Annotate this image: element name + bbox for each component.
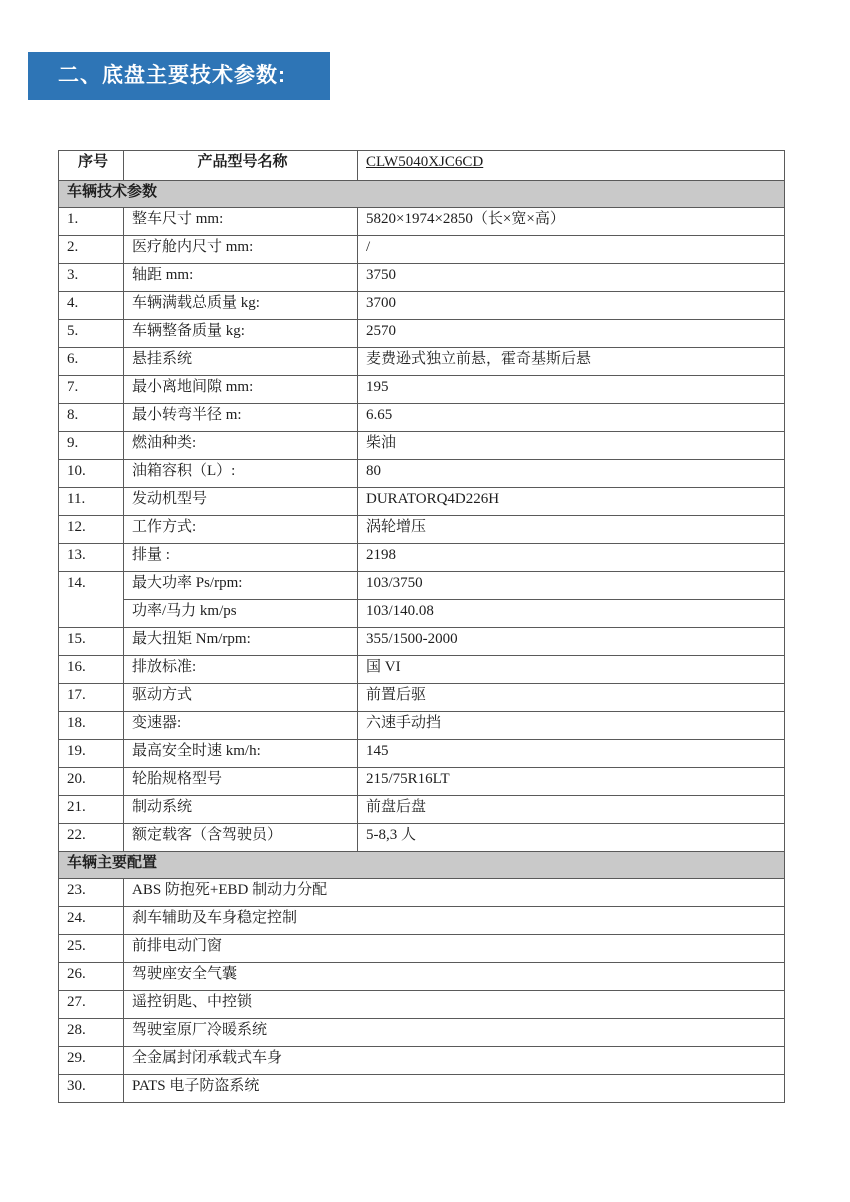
row-number: 16. — [59, 656, 124, 684]
row-number: 22. — [59, 824, 124, 852]
param-value: 6.65 — [358, 404, 785, 432]
param-label: 排量 : — [124, 544, 358, 572]
section-band-label: 车辆主要配置 — [59, 852, 785, 879]
param-value: 5820×1974×2850（长×宽×高） — [358, 208, 785, 236]
config-label: 全金属封闭承载式车身 — [124, 1047, 785, 1075]
row-number: 27. — [59, 991, 124, 1019]
row-number: 11. — [59, 488, 124, 516]
table-row: 19.最高安全时速 km/h:145 — [59, 740, 785, 768]
table-header-row: 序号 产品型号名称 CLW5040XJC6CD — [59, 151, 785, 181]
table-row: 8.最小转弯半径 m:6.65 — [59, 404, 785, 432]
row-number: 4. — [59, 292, 124, 320]
config-label: 刹车辅助及车身稳定控制 — [124, 907, 785, 935]
param-value: 145 — [358, 740, 785, 768]
table-row: 22.额定载客（含驾驶员）5-8,3 人 — [59, 824, 785, 852]
param-label: 发动机型号 — [124, 488, 358, 516]
table-row: 11.发动机型号DURATORQ4D226H — [59, 488, 785, 516]
param-value: 3750 — [358, 264, 785, 292]
config-label: PATS 电子防盗系统 — [124, 1075, 785, 1103]
document-page: { "section_title": "二、底盘主要技术参数:", "color… — [0, 0, 850, 1202]
table-row: 6.悬挂系统麦费逊式独立前悬，霍奇基斯后悬 — [59, 348, 785, 376]
table-row: 9.燃油种类:柴油 — [59, 432, 785, 460]
table-row: 10.油箱容积（L）:80 — [59, 460, 785, 488]
param-value: 355/1500-2000 — [358, 628, 785, 656]
param-value: 5-8,3 人 — [358, 824, 785, 852]
param-label: 驱动方式 — [124, 684, 358, 712]
param-value: / — [358, 236, 785, 264]
row-number: 2. — [59, 236, 124, 264]
param-value: 215/75R16LT — [358, 768, 785, 796]
config-label: ABS 防抱死+EBD 制动力分配 — [124, 879, 785, 907]
table-row: 功率/马力 km/ps103/140.08 — [59, 600, 785, 628]
header-col-no: 序号 — [59, 151, 124, 181]
row-number: 20. — [59, 768, 124, 796]
param-label: 额定载客（含驾驶员） — [124, 824, 358, 852]
param-value: 柴油 — [358, 432, 785, 460]
spec-table-container: 序号 产品型号名称 CLW5040XJC6CD 车辆技术参数1.整车尺寸 mm:… — [58, 150, 784, 1103]
table-row: 17.驱动方式前置后驱 — [59, 684, 785, 712]
param-label: 最小转弯半径 m: — [124, 404, 358, 432]
section-band-row: 车辆技术参数 — [59, 181, 785, 208]
table-row: 5.车辆整备质量 kg:2570 — [59, 320, 785, 348]
row-number: 17. — [59, 684, 124, 712]
row-number: 26. — [59, 963, 124, 991]
param-label: 最大功率 Ps/rpm: — [124, 572, 358, 600]
row-number: 5. — [59, 320, 124, 348]
spec-table: 序号 产品型号名称 CLW5040XJC6CD 车辆技术参数1.整车尺寸 mm:… — [58, 150, 785, 1103]
table-row: 12.工作方式:涡轮增压 — [59, 516, 785, 544]
table-row: 29.全金属封闭承载式车身 — [59, 1047, 785, 1075]
param-label: 功率/马力 km/ps — [124, 600, 358, 628]
param-label: 排放标准: — [124, 656, 358, 684]
param-label: 燃油种类: — [124, 432, 358, 460]
header-col-name: 产品型号名称 — [124, 151, 358, 181]
table-row: 3.轴距 mm:3750 — [59, 264, 785, 292]
param-value: 涡轮增压 — [358, 516, 785, 544]
row-number: 15. — [59, 628, 124, 656]
config-label: 驾驶室原厂冷暖系统 — [124, 1019, 785, 1047]
row-number: 3. — [59, 264, 124, 292]
row-number: 29. — [59, 1047, 124, 1075]
section-band-label: 车辆技术参数 — [59, 181, 785, 208]
table-row: 24.刹车辅助及车身稳定控制 — [59, 907, 785, 935]
param-label: 医疗舱内尺寸 mm: — [124, 236, 358, 264]
param-label: 车辆整备质量 kg: — [124, 320, 358, 348]
section-title-banner: 二、底盘主要技术参数: — [28, 52, 330, 100]
table-row: 15.最大扭矩 Nm/rpm:355/1500-2000 — [59, 628, 785, 656]
table-row: 25.前排电动门窗 — [59, 935, 785, 963]
table-row: 13.排量 :2198 — [59, 544, 785, 572]
row-number: 8. — [59, 404, 124, 432]
param-label: 制动系统 — [124, 796, 358, 824]
param-value: 103/140.08 — [358, 600, 785, 628]
param-value: 国 VI — [358, 656, 785, 684]
param-value: 80 — [358, 460, 785, 488]
row-number: 30. — [59, 1075, 124, 1103]
param-value: 六速手动挡 — [358, 712, 785, 740]
row-number: 18. — [59, 712, 124, 740]
table-row: 2.医疗舱内尺寸 mm:/ — [59, 236, 785, 264]
param-label: 最小离地间隙 mm: — [124, 376, 358, 404]
table-row: 28.驾驶室原厂冷暖系统 — [59, 1019, 785, 1047]
table-row: 27.遥控钥匙、中控锁 — [59, 991, 785, 1019]
section-title-text: 二、底盘主要技术参数: — [58, 64, 286, 87]
param-label: 整车尺寸 mm: — [124, 208, 358, 236]
param-label: 油箱容积（L）: — [124, 460, 358, 488]
model-code: CLW5040XJC6CD — [366, 154, 483, 170]
header-model-cell: CLW5040XJC6CD — [358, 151, 785, 181]
table-row: 23.ABS 防抱死+EBD 制动力分配 — [59, 879, 785, 907]
config-label: 遥控钥匙、中控锁 — [124, 991, 785, 1019]
row-number: 21. — [59, 796, 124, 824]
param-value: 3700 — [358, 292, 785, 320]
row-number: 9. — [59, 432, 124, 460]
param-value: 麦费逊式独立前悬，霍奇基斯后悬 — [358, 348, 785, 376]
table-row: 16.排放标准:国 VI — [59, 656, 785, 684]
param-label: 最高安全时速 km/h: — [124, 740, 358, 768]
row-number: 12. — [59, 516, 124, 544]
param-label: 最大扭矩 Nm/rpm: — [124, 628, 358, 656]
param-value: DURATORQ4D226H — [358, 488, 785, 516]
row-number: 6. — [59, 348, 124, 376]
param-value: 195 — [358, 376, 785, 404]
table-row: 4.车辆满载总质量 kg:3700 — [59, 292, 785, 320]
param-label: 轮胎规格型号 — [124, 768, 358, 796]
param-label: 工作方式: — [124, 516, 358, 544]
row-number: 19. — [59, 740, 124, 768]
param-label: 变速器: — [124, 712, 358, 740]
row-number: 24. — [59, 907, 124, 935]
row-number: 14. — [59, 572, 124, 628]
param-value: 2570 — [358, 320, 785, 348]
table-row: 21.制动系统前盘后盘 — [59, 796, 785, 824]
row-number: 13. — [59, 544, 124, 572]
table-row: 7.最小离地间隙 mm:195 — [59, 376, 785, 404]
param-value: 前置后驱 — [358, 684, 785, 712]
table-row: 20.轮胎规格型号215/75R16LT — [59, 768, 785, 796]
table-row: 26.驾驶座安全气囊 — [59, 963, 785, 991]
row-number: 10. — [59, 460, 124, 488]
table-row: 30.PATS 电子防盗系统 — [59, 1075, 785, 1103]
section-band-row: 车辆主要配置 — [59, 852, 785, 879]
config-label: 驾驶座安全气囊 — [124, 963, 785, 991]
param-value: 2198 — [358, 544, 785, 572]
row-number: 1. — [59, 208, 124, 236]
param-value: 103/3750 — [358, 572, 785, 600]
param-label: 悬挂系统 — [124, 348, 358, 376]
param-value: 前盘后盘 — [358, 796, 785, 824]
config-label: 前排电动门窗 — [124, 935, 785, 963]
row-number: 23. — [59, 879, 124, 907]
row-number: 7. — [59, 376, 124, 404]
param-label: 轴距 mm: — [124, 264, 358, 292]
row-number: 28. — [59, 1019, 124, 1047]
table-row: 1.整车尺寸 mm:5820×1974×2850（长×宽×高） — [59, 208, 785, 236]
param-label: 车辆满载总质量 kg: — [124, 292, 358, 320]
table-row: 18.变速器:六速手动挡 — [59, 712, 785, 740]
table-row: 14.最大功率 Ps/rpm:103/3750 — [59, 572, 785, 600]
row-number: 25. — [59, 935, 124, 963]
